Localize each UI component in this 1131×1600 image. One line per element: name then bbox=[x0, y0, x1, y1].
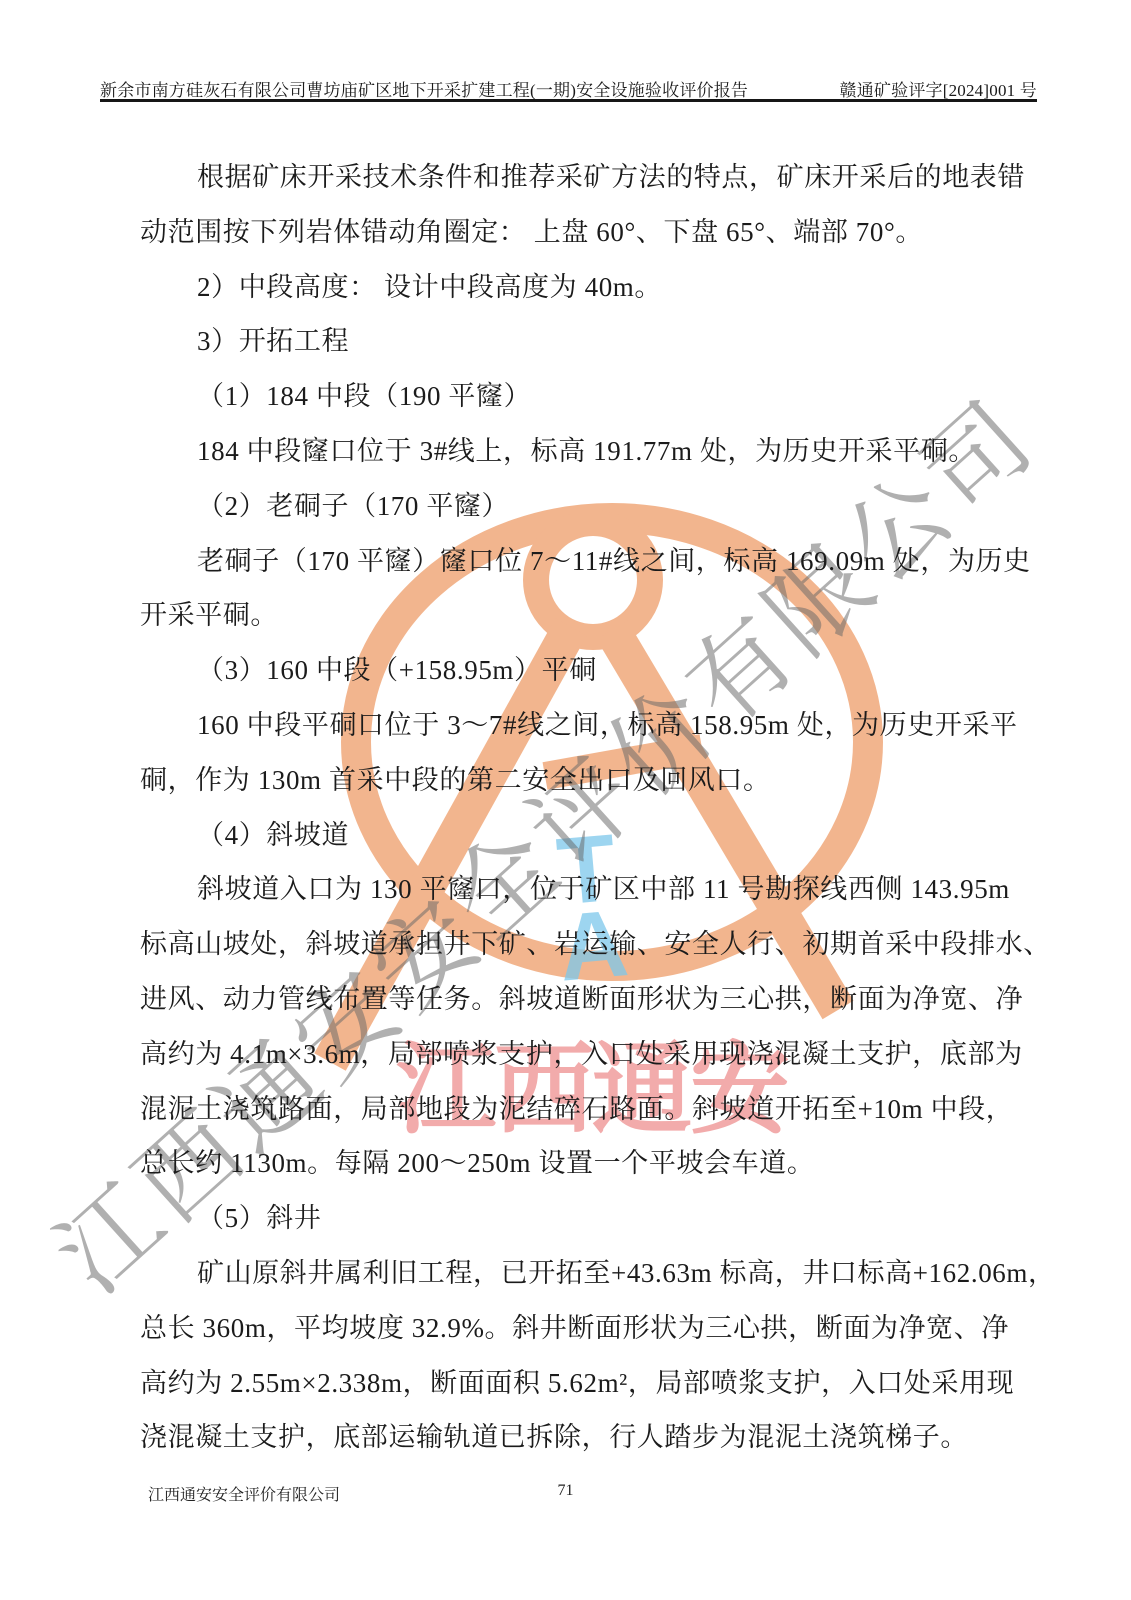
body-line: 浇混凝土支护，底部运输轨道已拆除，行人踏步为混泥土浇筑梯子。 bbox=[140, 1410, 1006, 1465]
body-line: 160 中段平硐口位于 3～7#线之间，标高 158.95m 处，为历史开采平 bbox=[140, 698, 1006, 753]
body-line: 老硐子（170 平窿）窿口位 7～11#线之间，标高 169.09m 处，为历史 bbox=[140, 534, 1006, 589]
header-doc-number: 赣通矿验评字[2024]001 号 bbox=[840, 76, 1037, 101]
body-line: 进风、动力管线布置等任务。斜坡道断面形状为三心拱，断面为净宽、净 bbox=[140, 972, 1006, 1027]
body-line: 高约为 2.55m×2.338m，断面面积 5.62m²，局部喷浆支护，入口处采… bbox=[140, 1356, 1006, 1411]
body-line: （1）184 中段（190 平窿） bbox=[140, 369, 1006, 424]
page-header: 新余市南方硅灰石有限公司曹坊庙矿区地下开采扩建工程(一期)安全设施验收评价报告 … bbox=[100, 76, 1037, 101]
document-body: 根据矿床开采技术条件和推荐采矿方法的特点，矿床开采后的地表错动范围按下列岩体错动… bbox=[140, 150, 1006, 1465]
body-line: 高约为 4.1m×3.6m，局部喷浆支护，入口处采用现浇混凝土支护，底部为 bbox=[140, 1027, 1006, 1082]
body-line: （5）斜井 bbox=[140, 1191, 1006, 1246]
body-line: 斜坡道入口为 130 平窿口，位于矿区中部 11 号勘探线西侧 143.95m bbox=[140, 862, 1006, 917]
body-line: 3）开拓工程 bbox=[140, 314, 1006, 369]
page-footer: 江西通安安全评价有限公司 71 bbox=[140, 1482, 991, 1506]
footer-page-number: 71 bbox=[140, 1482, 991, 1500]
header-rule bbox=[100, 99, 1037, 102]
body-line: 矿山原斜井属利旧工程，已开拓至+43.63m 标高，井口标高+162.06m， bbox=[140, 1246, 1006, 1301]
body-line: 总长 360m，平均坡度 32.9%。斜井断面形状为三心拱，断面为净宽、净 bbox=[140, 1301, 1006, 1356]
body-line: 开采平硐。 bbox=[140, 588, 1006, 643]
body-line: 根据矿床开采技术条件和推荐采矿方法的特点，矿床开采后的地表错 bbox=[140, 150, 1006, 205]
body-line: 动范围按下列岩体错动角圈定： 上盘 60°、下盘 65°、端部 70°。 bbox=[140, 205, 1006, 260]
body-line: 2）中段高度： 设计中段高度为 40m。 bbox=[140, 260, 1006, 315]
document-page: T A 江西通安安全评价有限公司 江西通安 新余市南方硅灰石有限公司曹坊庙矿区地… bbox=[0, 0, 1131, 1600]
body-line: 总长约 1130m。每隔 200～250m 设置一个平坡会车道。 bbox=[140, 1136, 1006, 1191]
body-line: （3）160 中段（+158.95m）平硐 bbox=[140, 643, 1006, 698]
body-line: 混泥土浇筑路面，局部地段为泥结碎石路面。斜坡道开拓至+10m 中段， bbox=[140, 1082, 1006, 1137]
body-line: （4）斜坡道 bbox=[140, 808, 1006, 863]
body-line: 标高山坡处，斜坡道承担井下矿、岩运输、安全人行、初期首采中段排水、 bbox=[140, 917, 1006, 972]
header-report-title: 新余市南方硅灰石有限公司曹坊庙矿区地下开采扩建工程(一期)安全设施验收评价报告 bbox=[100, 76, 748, 101]
body-line: 184 中段窿口位于 3#线上，标高 191.77m 处，为历史开采平硐。 bbox=[140, 424, 1006, 479]
body-line: 硐，作为 130m 首采中段的第二安全出口及回风口。 bbox=[140, 753, 1006, 808]
body-line: （2）老硐子（170 平窿） bbox=[140, 479, 1006, 534]
